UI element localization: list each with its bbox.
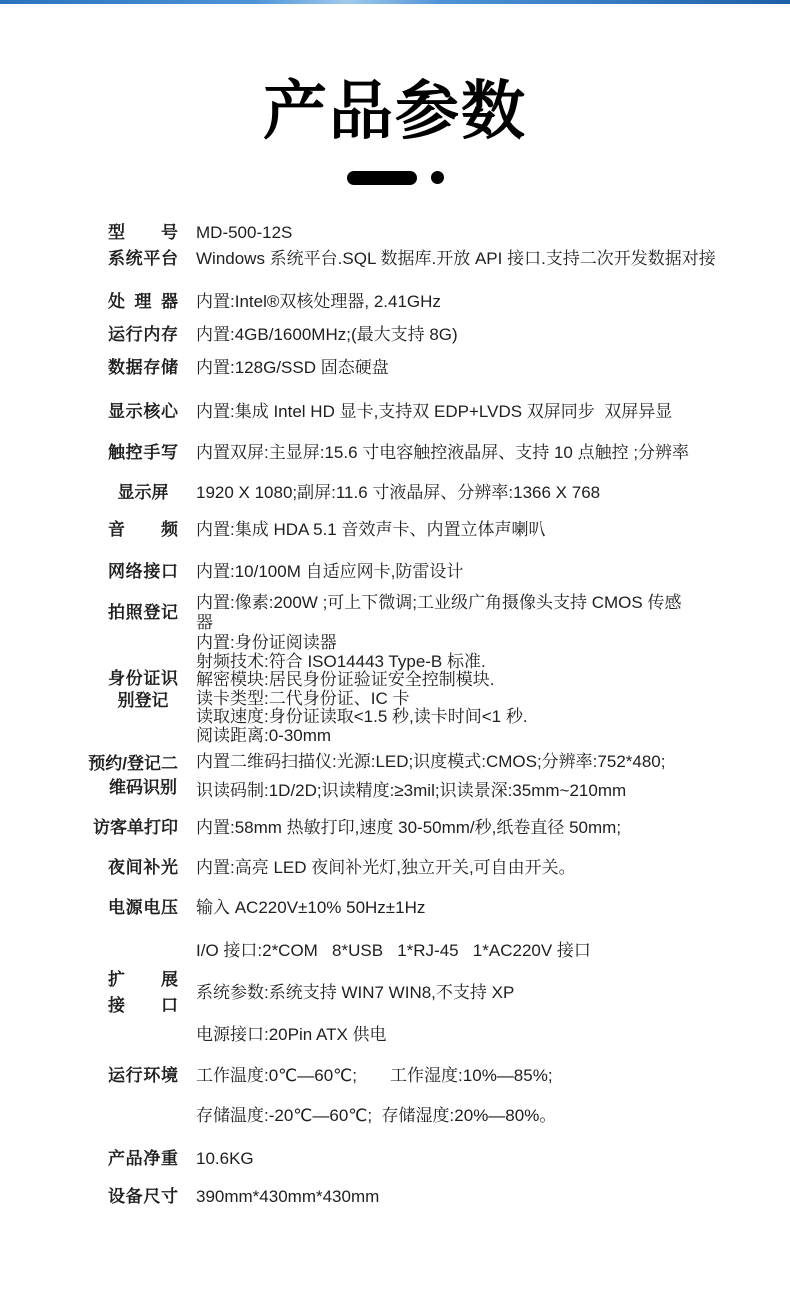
spec-label-line: 拍照登记 xyxy=(108,603,178,623)
spec-label: 运行环境 xyxy=(108,1066,178,1086)
spec-value-line: I/O 接口:2*COM 8*USB 1*RJ-45 1*AC220V 接口 xyxy=(196,941,760,961)
spec-value: 内置:4GB/1600MHz;(最大支持 8G) xyxy=(196,325,760,345)
spec-value: 1920 X 1080;副屏:11.6 寸液晶屏、分辨率:1366 X 768 xyxy=(196,483,760,503)
spec-value-line: 内置双屏:主显屏:15.6 寸电容触控液晶屏、支持 10 点触控 ;分辨率 xyxy=(196,443,760,463)
spec-value: 内置:Intel®双核处理器, 2.41GHz xyxy=(196,292,760,312)
spec-label-line: 扩展 xyxy=(108,967,178,993)
spec-label: 显示核心 xyxy=(108,402,178,422)
product-spec-page: 产品参数 型号MD-500-12S系统平台Windows 系统平台.SQL 数据… xyxy=(0,0,790,1299)
spec-label-line: 接口 xyxy=(108,993,178,1019)
spec-label-line: 显示核心 xyxy=(108,402,178,422)
spec-value-line: 内置:58mm 热敏打印,速度 30-50mm/秒,纸卷直径 50mm; xyxy=(196,818,760,838)
spec-label: 访客单打印 xyxy=(108,818,178,838)
spec-row: 数据存储内置:128G/SSD 固态硬盘 xyxy=(108,358,770,378)
spec-value-line: 10.6KG xyxy=(196,1149,760,1169)
spec-label-line: 处理器 xyxy=(108,292,178,312)
spec-value-line: 内置:集成 Intel HD 显卡,支持双 EDP+LVDS 双屏同步 双屏异显 xyxy=(196,402,760,422)
spec-label-line: 触控手写 xyxy=(108,443,178,463)
spec-value-line: 内置:128G/SSD 固态硬盘 xyxy=(196,358,760,378)
spec-label: 系统平台 xyxy=(108,249,178,269)
spec-value-line: 解密模块:居民身份证验证安全控制模块. xyxy=(196,671,760,690)
spec-label-line: 夜间补光 xyxy=(108,858,178,878)
spec-label-line: 网络接口 xyxy=(108,562,178,582)
spec-label: 夜间补光 xyxy=(108,858,178,878)
spec-value-line: 读卡类型:二代身份证、IC 卡 xyxy=(196,690,760,709)
spec-label: 预约/登记二维码识别 xyxy=(108,752,178,800)
spec-value-line: 输入 AC220V±10% 50Hz±1Hz xyxy=(196,898,760,918)
spec-value: 内置:集成 HDA 5.1 音效声卡、内置立体声喇叭 xyxy=(196,520,760,540)
spec-value: 内置:10/100M 自适应网卡,防雷设计 xyxy=(196,562,760,582)
spec-value-line: 器 xyxy=(196,613,760,633)
spec-row: 电源电压输入 AC220V±10% 50Hz±1Hz xyxy=(108,898,770,918)
spec-label: 型号 xyxy=(108,223,178,243)
spec-value-line: 读取速度:身份证读取<1.5 秒,读卡时间<1 秒. xyxy=(196,708,760,727)
spec-label-line: 身份证识 xyxy=(108,668,178,690)
spec-label-line: 型号 xyxy=(108,223,178,243)
spec-label-line: 电源电压 xyxy=(108,898,178,918)
spec-value: 10.6KG xyxy=(196,1149,760,1169)
spec-row: 处理器内置:Intel®双核处理器, 2.41GHz xyxy=(108,292,770,312)
spec-value-line: 内置:高亮 LED 夜间补光灯,独立开关,可自由开关。 xyxy=(196,858,760,878)
spec-value-line: 阅读距离:0-30mm xyxy=(196,727,760,746)
spec-value-line: 390mm*430mm*430mm xyxy=(196,1187,760,1207)
spec-row: 产品净重10.6KG xyxy=(108,1149,770,1169)
spec-value: 内置:像素:200W ;可上下微调;工业级广角摄像头支持 CMOS 传感器 xyxy=(196,593,760,633)
spec-label: 扩展接口 xyxy=(108,967,178,1019)
spec-row: 系统平台Windows 系统平台.SQL 数据库.开放 API 接口.支持二次开… xyxy=(108,249,770,269)
spec-label-line: 设备尺寸 xyxy=(108,1187,178,1207)
spec-value: 内置双屏:主显屏:15.6 寸电容触控液晶屏、支持 10 点触控 ;分辨率 xyxy=(196,443,760,463)
spec-value: 内置二维码扫描仪:光源:LED;识度模式:CMOS;分辨率:752*480;识读… xyxy=(196,747,760,805)
spec-label-line: 音频 xyxy=(108,520,178,540)
spec-value-line: 工作温度:0℃—60℃; 工作湿度:10%—85%; xyxy=(196,1066,760,1086)
spec-label-line: 显示屏 xyxy=(108,483,178,503)
spec-label-line: 别登记 xyxy=(108,690,178,712)
spec-row: 拍照登记内置:像素:200W ;可上下微调;工业级广角摄像头支持 CMOS 传感… xyxy=(108,593,770,633)
spec-value: 输入 AC220V±10% 50Hz±1Hz xyxy=(196,898,760,918)
spec-value-line: 内置:Intel®双核处理器, 2.41GHz xyxy=(196,292,760,312)
spec-value-line: 内置:身份证阅读器 xyxy=(196,634,760,653)
spec-label: 产品净重 xyxy=(108,1149,178,1169)
top-accent-bar xyxy=(0,0,790,4)
spec-value: 内置:高亮 LED 夜间补光灯,独立开关,可自由开关。 xyxy=(196,858,760,878)
spec-value-line: 内置:像素:200W ;可上下微调;工业级广角摄像头支持 CMOS 传感 xyxy=(196,593,760,613)
spec-value-line: 1920 X 1080;副屏:11.6 寸液晶屏、分辨率:1366 X 768 xyxy=(196,483,760,503)
spec-table: 型号MD-500-12S系统平台Windows 系统平台.SQL 数据库.开放 … xyxy=(0,223,790,1207)
spec-row: 型号MD-500-12S xyxy=(108,223,770,243)
spec-value-line: 存储温度:-20℃—60℃; 存储湿度:20%—80%。 xyxy=(196,1106,760,1126)
spec-row: 夜间补光内置:高亮 LED 夜间补光灯,独立开关,可自由开关。 xyxy=(108,858,770,878)
spec-value: 内置:128G/SSD 固态硬盘 xyxy=(196,358,760,378)
spec-value: I/O 接口:2*COM 8*USB 1*RJ-45 1*AC220V 接口系统… xyxy=(196,941,760,1045)
spec-value-line: Windows 系统平台.SQL 数据库.开放 API 接口.支持二次开发数据对… xyxy=(196,249,760,269)
page-title: 产品参数 xyxy=(0,78,790,144)
spec-label: 数据存储 xyxy=(108,358,178,378)
spec-label-line: 系统平台 xyxy=(108,249,178,269)
spec-label: 触控手写 xyxy=(108,443,178,463)
spec-value: 390mm*430mm*430mm xyxy=(196,1187,760,1207)
spec-label: 电源电压 xyxy=(108,898,178,918)
spec-row: 扩展接口I/O 接口:2*COM 8*USB 1*RJ-45 1*AC220V … xyxy=(108,941,770,1045)
spec-row: 显示核心内置:集成 Intel HD 显卡,支持双 EDP+LVDS 双屏同步 … xyxy=(108,402,770,422)
underline-dot-shape xyxy=(431,171,444,184)
spec-row: 显示屏1920 X 1080;副屏:11.6 寸液晶屏、分辨率:1366 X 7… xyxy=(108,483,770,503)
spec-value: 工作温度:0℃—60℃; 工作湿度:10%—85%;存储温度:-20℃—60℃;… xyxy=(196,1066,760,1126)
spec-label: 音频 xyxy=(108,520,178,540)
spec-row: 访客单打印内置:58mm 热敏打印,速度 30-50mm/秒,纸卷直径 50mm… xyxy=(108,818,770,838)
spec-row: 运行环境工作温度:0℃—60℃; 工作湿度:10%—85%;存储温度:-20℃—… xyxy=(108,1066,770,1126)
spec-value-line: 系统参数:系统支持 WIN7 WIN8,不支持 XP xyxy=(196,983,760,1003)
spec-label-line: 维码识别 xyxy=(108,776,178,800)
spec-label: 身份证识别登记 xyxy=(108,668,178,712)
spec-row: 身份证识别登记内置:身份证阅读器射频技术:符合 ISO14443 Type-B … xyxy=(108,634,770,745)
spec-value-line: 识读码制:1D/2D;识读精度:≥3mil;识读景深:35mm~210mm xyxy=(196,776,760,805)
spec-label-line: 预约/登记二 xyxy=(108,752,178,776)
spec-value-line: 电源接口:20Pin ATX 供电 xyxy=(196,1025,760,1045)
spec-row: 触控手写内置双屏:主显屏:15.6 寸电容触控液晶屏、支持 10 点触控 ;分辨… xyxy=(108,443,770,463)
spec-label-line: 运行环境 xyxy=(108,1066,178,1086)
spec-label-line: 数据存储 xyxy=(108,358,178,378)
spec-value: Windows 系统平台.SQL 数据库.开放 API 接口.支持二次开发数据对… xyxy=(196,249,760,269)
spec-row: 预约/登记二维码识别内置二维码扫描仪:光源:LED;识度模式:CMOS;分辨率:… xyxy=(108,747,770,805)
spec-value-line: 内置:集成 HDA 5.1 音效声卡、内置立体声喇叭 xyxy=(196,520,760,540)
spec-value-line: MD-500-12S xyxy=(196,223,760,243)
spec-value-line: 内置:4GB/1600MHz;(最大支持 8G) xyxy=(196,325,760,345)
spec-label-line: 产品净重 xyxy=(108,1149,178,1169)
spec-row: 音频内置:集成 HDA 5.1 音效声卡、内置立体声喇叭 xyxy=(108,520,770,540)
spec-value: 内置:集成 Intel HD 显卡,支持双 EDP+LVDS 双屏同步 双屏异显 xyxy=(196,402,760,422)
underline-bar-shape xyxy=(347,171,417,185)
spec-label-line: 运行内存 xyxy=(108,325,178,345)
spec-value: 内置:58mm 热敏打印,速度 30-50mm/秒,纸卷直径 50mm; xyxy=(196,818,760,838)
spec-value-line: 内置:10/100M 自适应网卡,防雷设计 xyxy=(196,562,760,582)
spec-label: 拍照登记 xyxy=(108,603,178,623)
spec-value: MD-500-12S xyxy=(196,223,760,243)
spec-label: 设备尺寸 xyxy=(108,1187,178,1207)
spec-label: 网络接口 xyxy=(108,562,178,582)
spec-value-line: 射频技术:符合 ISO14443 Type-B 标准. xyxy=(196,653,760,672)
spec-value: 内置:身份证阅读器射频技术:符合 ISO14443 Type-B 标准.解密模块… xyxy=(196,634,760,745)
title-underline xyxy=(0,170,790,185)
spec-row: 运行内存内置:4GB/1600MHz;(最大支持 8G) xyxy=(108,325,770,345)
spec-label: 显示屏 xyxy=(108,483,178,503)
spec-label: 运行内存 xyxy=(108,325,178,345)
spec-row: 设备尺寸390mm*430mm*430mm xyxy=(108,1187,770,1207)
spec-value-line: 内置二维码扫描仪:光源:LED;识度模式:CMOS;分辨率:752*480; xyxy=(196,747,760,776)
spec-label-line: 访客单打印 xyxy=(108,818,178,838)
spec-label: 处理器 xyxy=(108,292,178,312)
spec-row: 网络接口内置:10/100M 自适应网卡,防雷设计 xyxy=(108,562,770,582)
